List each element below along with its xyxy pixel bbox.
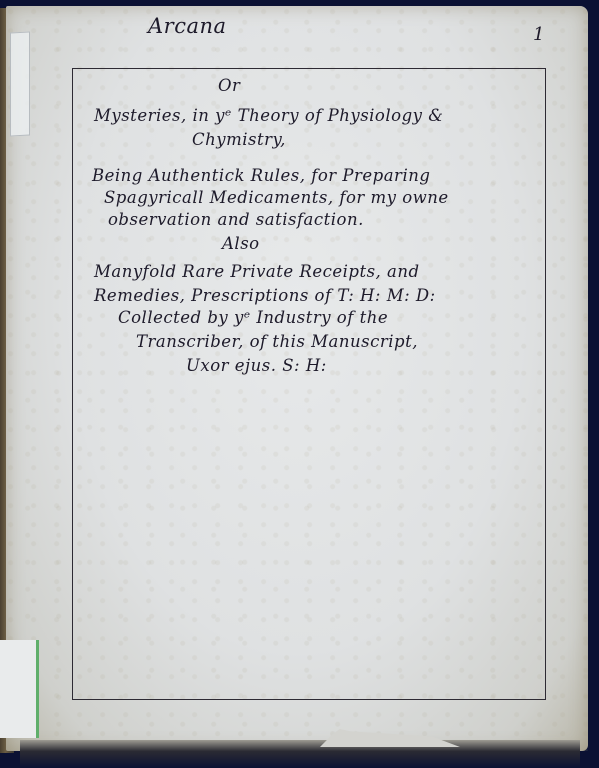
text-line-manyfold: Manyfold Rare Private Receipts, and: [94, 262, 420, 281]
text-line-observation: observation and satisfaction.: [108, 210, 364, 229]
text-line-transcriber: Transcriber, of this Manuscript,: [136, 332, 418, 351]
repair-tape-top: [10, 31, 30, 136]
folio-number: 1: [533, 24, 545, 45]
page-title: Arcana: [148, 14, 227, 38]
text-line-collected: Collected by yᵉ Industry of the: [118, 308, 388, 327]
text-line-also: Also: [222, 234, 260, 253]
text-line-remedies: Remedies, Prescriptions of T: H: M: D:: [94, 286, 436, 305]
text-line-mysteries: Mysteries, in yᵉ Theory of Physiology &: [94, 106, 443, 125]
text-line-or: Or: [218, 76, 240, 95]
page-bottom-edge: [20, 740, 580, 768]
repair-tape-bottom: [0, 640, 39, 738]
text-line-chymistry: Chymistry,: [192, 130, 286, 149]
text-line-uxor: Uxor ejus. S: H:: [186, 356, 327, 375]
text-line-being: Being Authentick Rules, for Preparing: [92, 166, 430, 185]
ruled-border: [72, 68, 546, 700]
text-line-spagyricall: Spagyricall Medicaments, for my owne: [104, 188, 449, 207]
